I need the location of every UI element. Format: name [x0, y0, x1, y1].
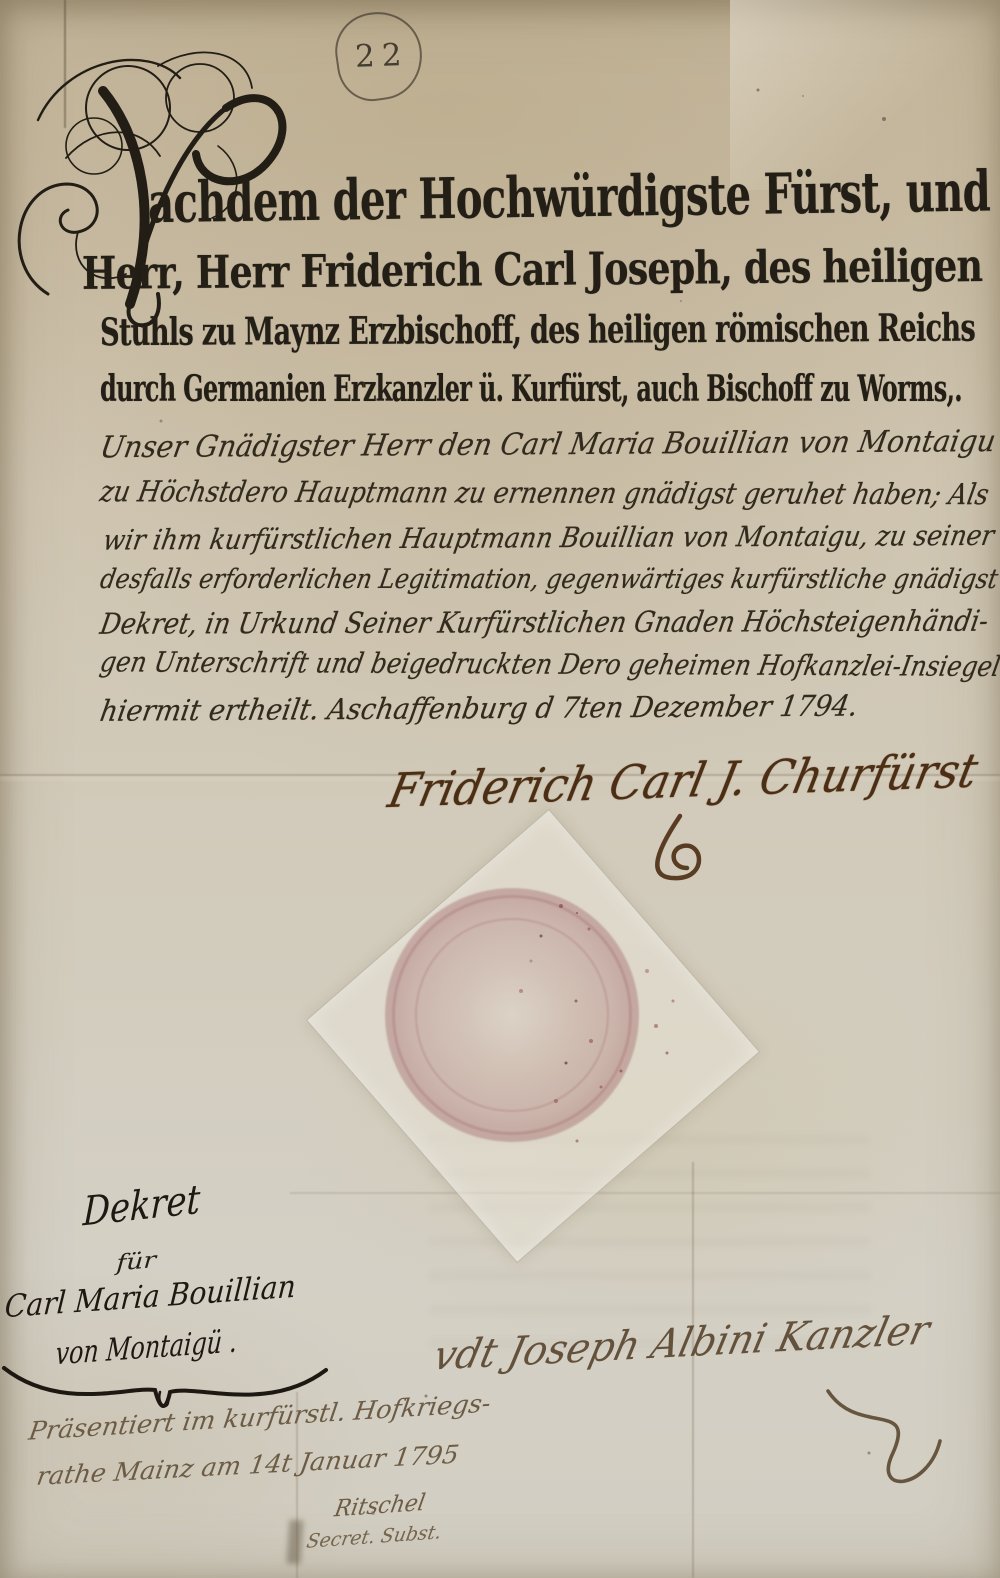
body-line: gen Unterschrift und beigedruckten Dero … [100, 647, 1000, 682]
wax-seal-stamp-icon [385, 888, 639, 1142]
archival-number: 22 [349, 37, 410, 75]
body-line: Herr, Herr Friderich Carl Joseph, des he… [82, 240, 1000, 297]
countersignature-flourish-icon [800, 1385, 960, 1485]
body-line: Unser Gnädigster Herr den Carl Maria Bou… [100, 426, 1000, 464]
body-line: Stuhls zu Maynz Erzbischoff, des heilige… [100, 306, 1000, 352]
docket-recipient-name: Carl Maria Bouillian [3, 1269, 324, 1324]
body-line: durch Germanien Erzkanzler ü. Kurfürst, … [100, 371, 1000, 409]
secretary-signature: Ritschel [333, 1491, 429, 1522]
body-line: Dekret, in Urkund Seiner Kurfürstlichen … [100, 605, 1000, 639]
docket-title: Dekret [80, 1177, 222, 1233]
fox-spots [0, 0, 2, 2]
body-line-dateline: hiermit ertheilt. Aschaffenburg d 7ten D… [100, 690, 912, 726]
body-line: wir ihm kurfürstlichen Hauptmann Bouilli… [103, 520, 1000, 555]
seal-ink-specks [450, 940, 452, 942]
manuscript-page: 22 achdem der Hochwürdigste Fürst, und H… [0, 0, 1000, 1578]
signature-flourish-icon [645, 812, 755, 888]
presentation-note-line2: rathe Mainz am 14t Januar 1795 [36, 1442, 450, 1490]
archival-number-circle: 22 [330, 6, 427, 105]
sovereign-signature: Friderich Carl J. Churfürst [387, 745, 1000, 816]
body-line: zu Höchstdero Hauptmann zu ernennen gnäd… [100, 476, 1000, 510]
ink-smudge [286, 1520, 303, 1565]
body-line: desfalls erforderlichen Legitimation, ge… [100, 566, 1000, 594]
body-line: achdem der Hochwürdigste Fürst, und [148, 158, 1000, 233]
secretary-title: Secret. Subst. [305, 1523, 442, 1552]
docket-preposition: für [115, 1250, 150, 1276]
